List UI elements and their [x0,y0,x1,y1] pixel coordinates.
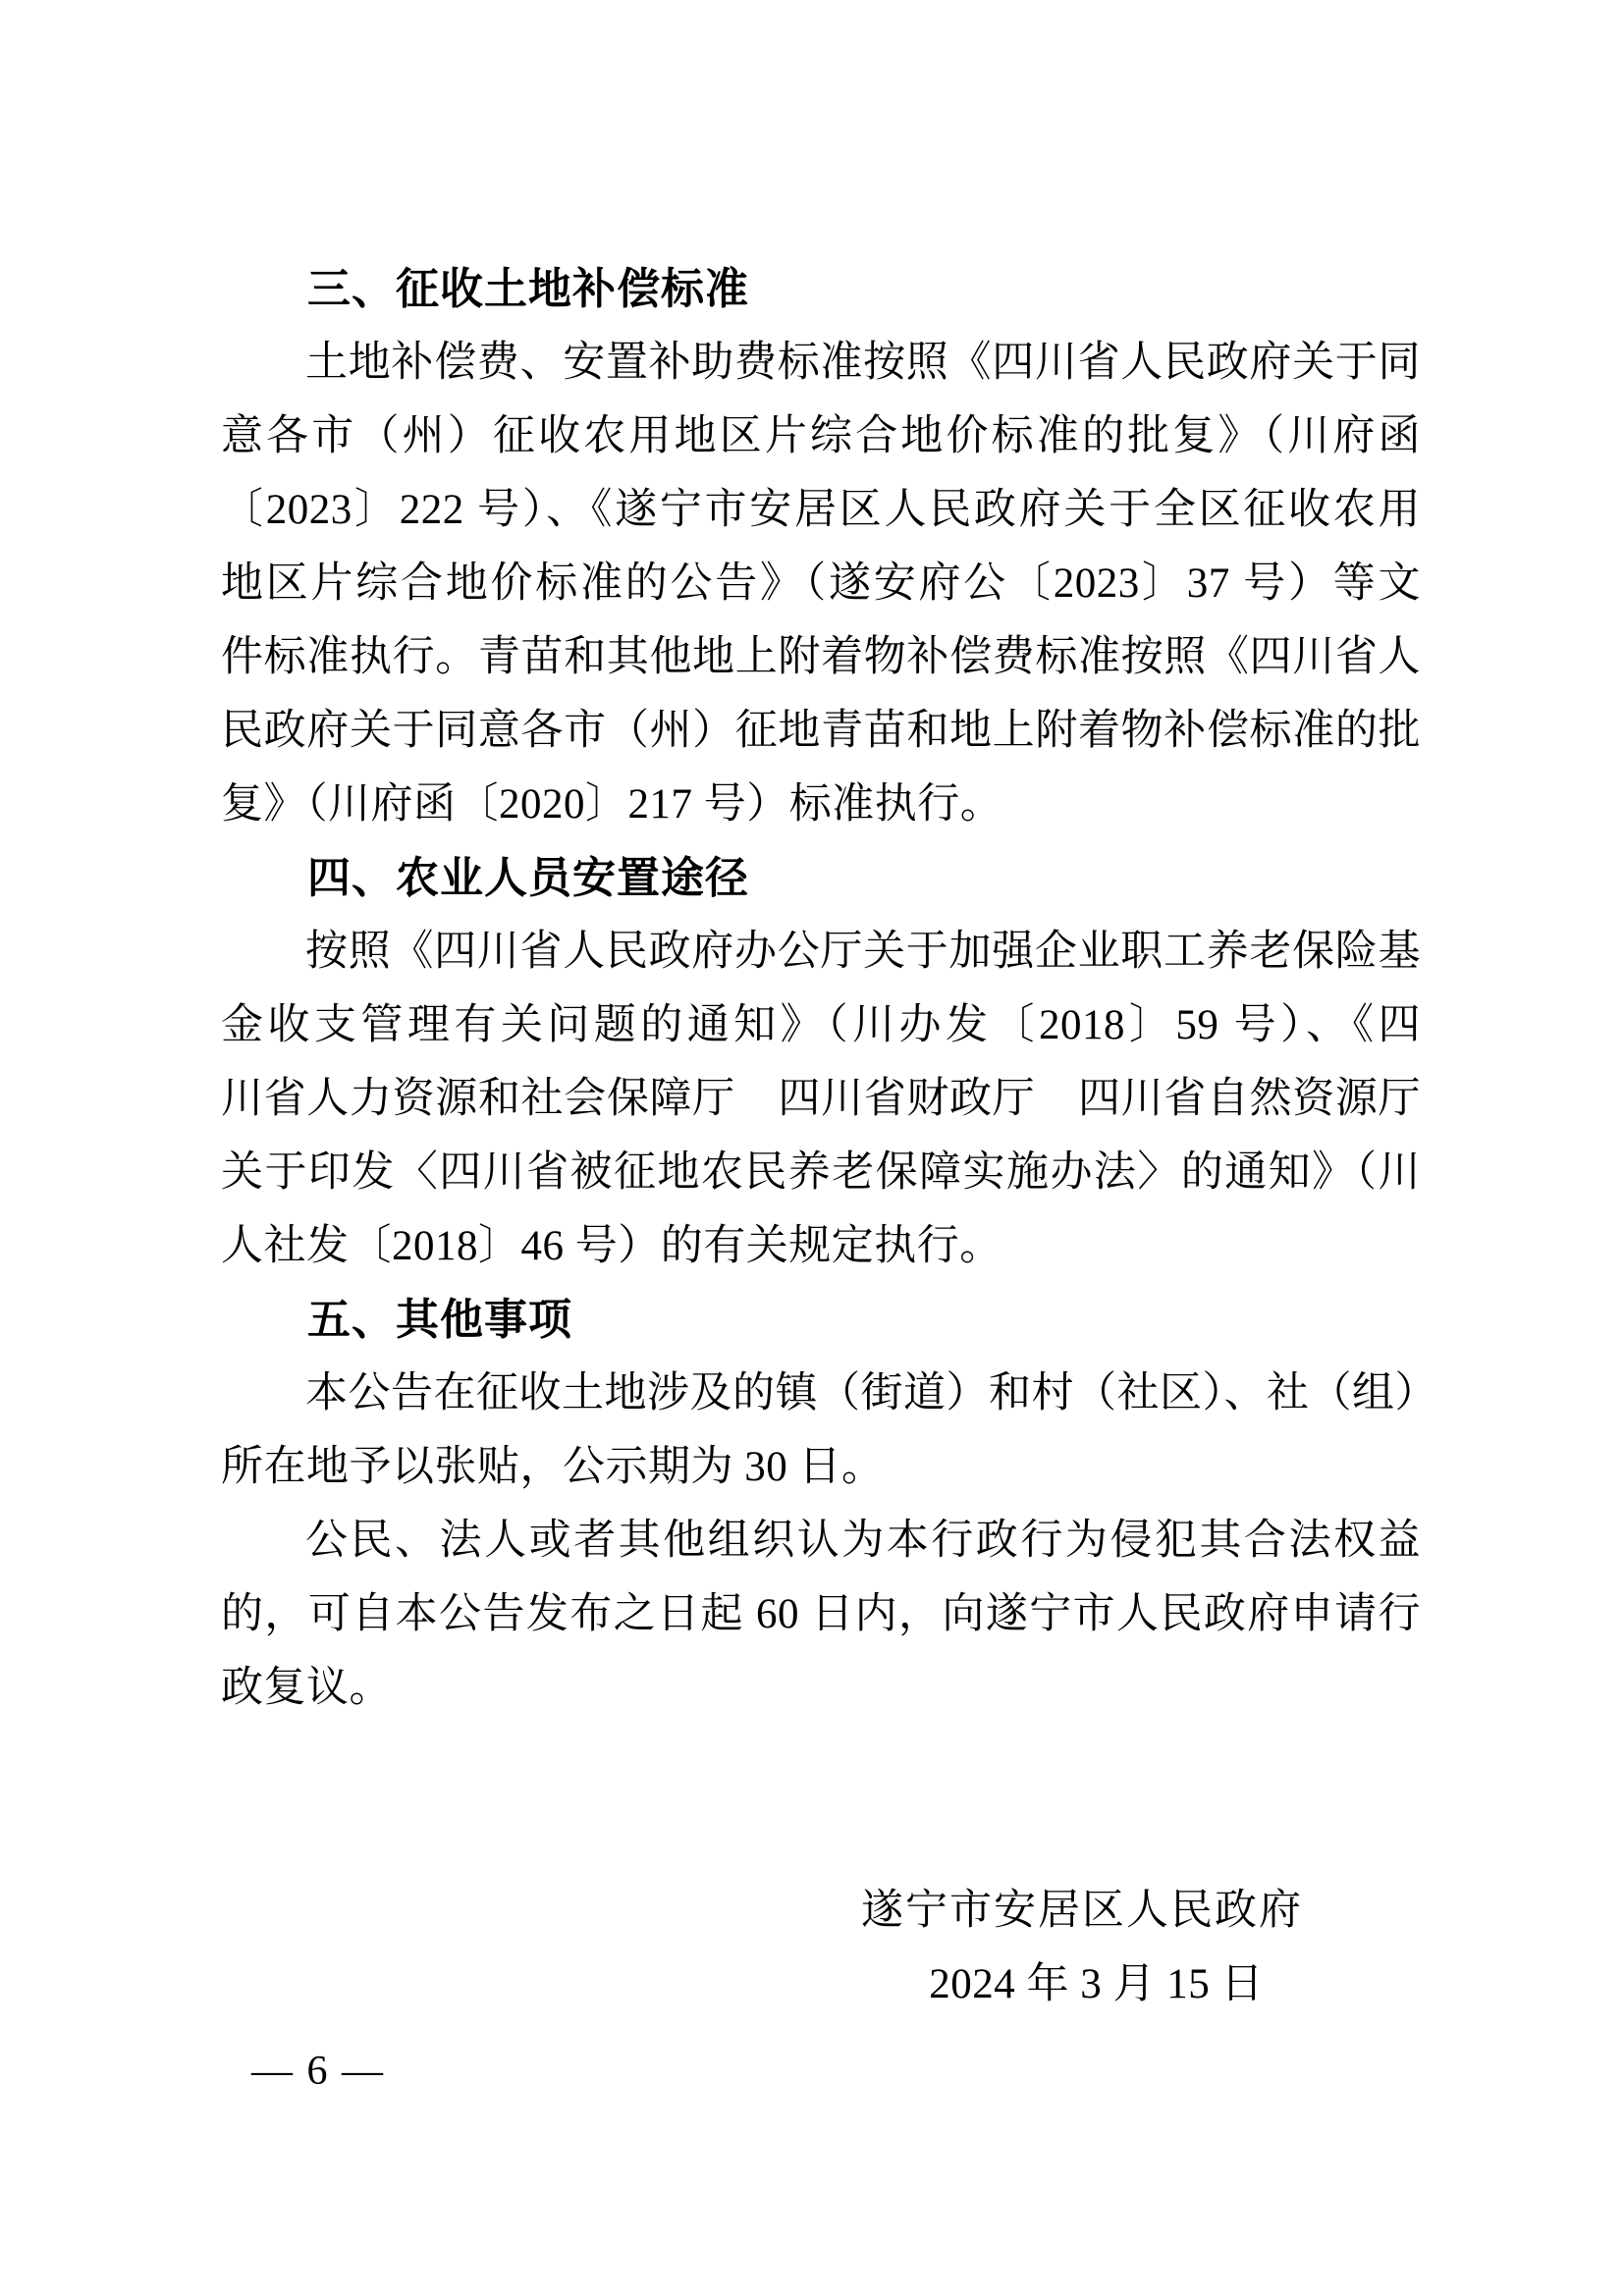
para1-line-7: 复》（川府函〔2020〕217 号）标准执行。 [221,768,1421,841]
para4-line-1: 公民、法人或者其他组织认为本行政行为侵犯其合法权益 [221,1504,1421,1577]
para1-line-1: 土地补偿费、安置补助费标准按照《四川省人民政府关于同 [221,326,1421,400]
para2-line-4: 关于印发〈四川省被征地农民养老保障实施办法〉的通知》（川 [221,1136,1421,1209]
para2-line-2: 金收支管理有关问题的通知》（川办发〔2018〕59 号）、《四 [221,988,1421,1062]
document-body: 三、征收土地补偿标准 土地补偿费、安置补助费标准按照《四川省人民政府关于同 意各… [221,252,1421,2021]
issue-date: 2024 年 3 月 15 日 [221,1948,1421,2021]
para1-line-3: 〔2023〕222 号）、《遂宁市安居区人民政府关于全区征收农用 [221,473,1421,547]
signature-block: 遂宁市安居区人民政府 2024 年 3 月 15 日 [221,1874,1421,2021]
section-5-heading: 五、其他事项 [221,1283,1421,1357]
paragraph-administrative-review: 公民、法人或者其他组织认为本行政行为侵犯其合法权益 的，可自本公告发布之日起 6… [221,1504,1421,1725]
paragraph-resettlement-channels: 按照《四川省人民政府办公厅关于加强企业职工养老保险基 金收支管理有关问题的通知》… [221,915,1421,1283]
para4-line-3: 政复议。 [221,1651,1421,1725]
para4-line-2: 的，可自本公告发布之日起 60 日内，向遂宁市人民政府申请行 [221,1577,1421,1651]
para2-line-3: 川省人力资源和社会保障厅 四川省财政厅 四川省自然资源厅 [221,1062,1421,1136]
para3-line-2: 所在地予以张贴，公示期为 30 日。 [221,1430,1421,1504]
paragraph-compensation-standard: 土地补偿费、安置补助费标准按照《四川省人民政府关于同 意各市（州）征收农用地区片… [221,326,1421,841]
para2-line-1: 按照《四川省人民政府办公厅关于加强企业职工养老保险基 [221,915,1421,988]
document-page: 三、征收土地补偿标准 土地补偿费、安置补助费标准按照《四川省人民政府关于同 意各… [0,0,1624,2296]
issuer-name: 遂宁市安居区人民政府 [221,1874,1421,1948]
section-3-heading: 三、征收土地补偿标准 [221,252,1421,326]
para1-line-5: 件标准执行。青苗和其他地上附着物补偿费标准按照《四川省人 [221,620,1421,694]
para1-line-6: 民政府关于同意各市（州）征地青苗和地上附着物补偿标准的批 [221,694,1421,768]
para1-line-4: 地区片综合地价标准的公告》（遂安府公〔2023〕37 号）等文 [221,547,1421,620]
para2-line-5: 人社发〔2018〕46 号）的有关规定执行。 [221,1209,1421,1283]
section-4-heading: 四、农业人员安置途径 [221,841,1421,915]
page-number-footer: — 6 — [251,2051,385,2092]
paragraph-posting-period: 本公告在征收土地涉及的镇（街道）和村（社区）、社（组） 所在地予以张贴，公示期为… [221,1357,1421,1504]
para1-line-2: 意各市（州）征收农用地区片综合地价标准的批复》（川府函 [221,400,1421,473]
para3-line-1: 本公告在征收土地涉及的镇（街道）和村（社区）、社（组） [221,1357,1421,1430]
